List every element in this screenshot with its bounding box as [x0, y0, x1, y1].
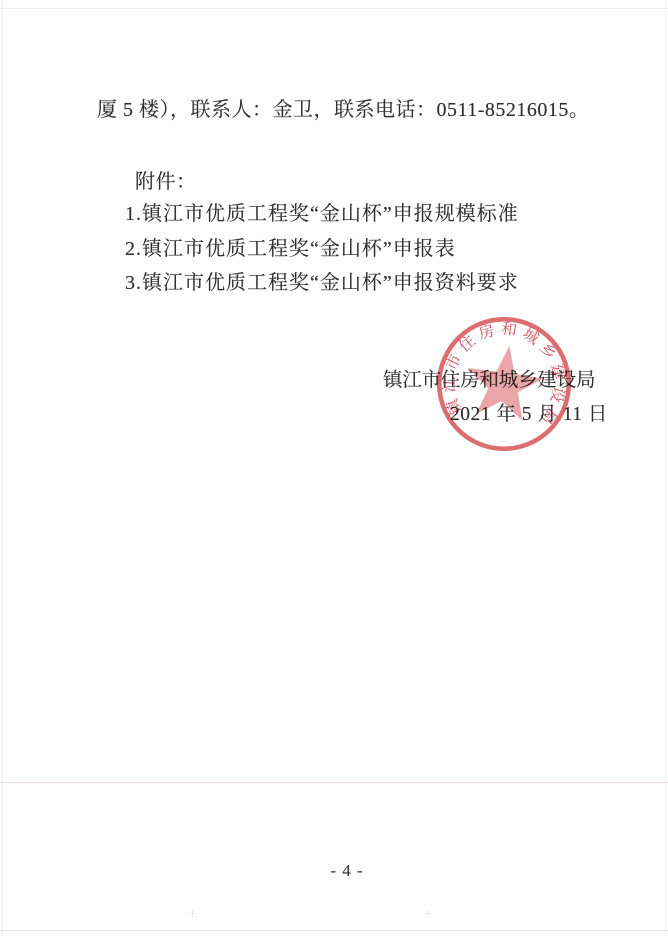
seal-star-icon: [463, 342, 546, 422]
scan-edge-top: [0, 8, 668, 9]
scan-cross-mark-left: [189, 910, 196, 917]
body-paragraph-continuation: 厦 5 楼），联系人：金卫，联系电话：0511-85216015。: [97, 93, 589, 122]
scan-edge-right: [665, 0, 666, 936]
scan-cross-mark-right: [424, 910, 431, 917]
official-red-seal: 镇江市住房和城乡建设局: [407, 287, 601, 481]
scan-fold-line: [0, 782, 668, 783]
attachment-item-1: 1.镇江市优质工程奖“金山杯”申报规模标准: [125, 197, 519, 226]
attachments-label: 附件：: [135, 165, 197, 194]
scan-edge-bottom: [0, 930, 668, 931]
scanned-document-page: 厦 5 楼），联系人：金卫，联系电话：0511-85216015。 附件： 1.…: [0, 0, 668, 936]
page-number: - 4 -: [0, 861, 668, 881]
scan-edge-left: [2, 0, 3, 936]
attachment-item-2: 2.镇江市优质工程奖“金山杯”申报表: [125, 232, 456, 261]
